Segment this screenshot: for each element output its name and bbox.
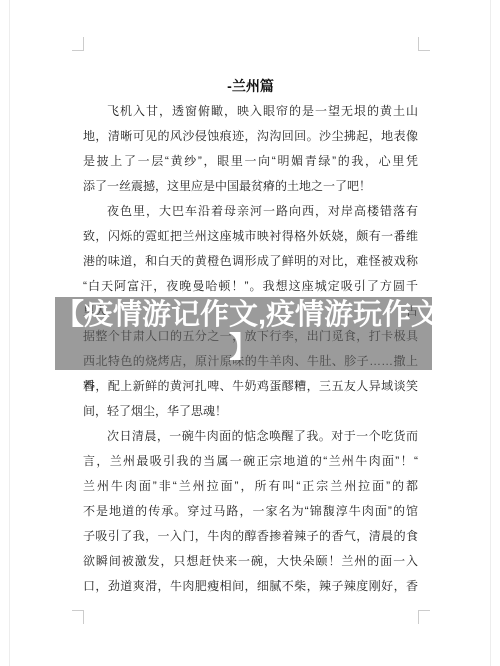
text-line: 间，轻了烟尘，华了思魂！ — [83, 399, 418, 424]
margin-mark-bottom-right — [418, 610, 430, 624]
caption-banner-text-line1: 【疫情游记作文,疫情游玩作文 — [55, 299, 432, 332]
text-line: “白天阿富汗，夜晚曼哈顿！”。我想这座城定吸引了方圆千 — [83, 274, 418, 299]
text-line: 料，配上新鲜的黄河扎啤、牛奶鸡蛋醪糟，三五友人异域谈笑 — [83, 374, 418, 399]
caption-banner-overlay: 【疫情游记作文,疫情游玩作文 】 — [55, 297, 432, 370]
text-line: 口，劲道爽滑，牛肉肥瘦相间，细腻不柴，辣子辣度刚好，香 — [83, 574, 418, 599]
text-line: 次日清晨，一碗牛肉面的惦念唤醒了我。对于一个吃货而 — [83, 424, 418, 449]
text-line: 添了一丝震撼，这里应是中国最贫瘠的土地之一了吧！ — [83, 174, 418, 199]
page-edge-left — [9, 0, 10, 666]
text-line: 欲瞬间被激发，只想赶快来一碗，大快朵颐！兰州的面一入 — [83, 549, 418, 574]
text-line: 是披上了一层“黄纱”，眼里一向“明媚青绿”的我，心里凭 — [83, 149, 418, 174]
margin-mark-top-left — [72, 37, 84, 51]
text-line: 夜色里，大巴车沿着母亲河一路向西，对岸高楼错落有 — [83, 199, 418, 224]
caption-banner-text-line2: 】 — [55, 332, 432, 365]
text-line: 不是地道的传承。穿过马路，一家名为“锦馥淳牛肉面”的馆 — [83, 499, 418, 524]
text-line: 地，清晰可见的风沙侵蚀痕迹，沟沟回回。沙尘拂起，地表像 — [83, 124, 418, 149]
text-line: 飞机入甘，透窗俯瞰，映入眼帘的是一望无垠的黄土山 — [83, 99, 418, 124]
section-title: -兰州篇 — [83, 74, 418, 99]
text-line: 港的味道，和白天的黄橙色调形成了鲜明的对比，难怪被戏称 — [83, 249, 418, 274]
text-line: 致，闪烁的霓虹把兰州这座城市映衬得格外妖娆，颇有一番维 — [83, 224, 418, 249]
margin-mark-bottom-left — [72, 610, 84, 624]
text-line: 子吸引了我，一入门，牛肉的醇香掺着辣子的香气，清晨的食 — [83, 524, 418, 549]
margin-mark-top-right — [418, 37, 430, 51]
text-line: 兰州牛肉面”非“兰州拉面”，所有叫“正宗兰州拉面”的都 — [83, 474, 418, 499]
text-line: 言，兰州最吸引我的当属一碗正宗地道的“兰州牛肉面”！“ — [83, 449, 418, 474]
page-edge-right — [490, 0, 491, 666]
document-page: -兰州篇 飞机入甘，透窗俯瞰，映入眼帘的是一望无垠的黄土山地，清晰可见的风沙侵蚀… — [0, 0, 500, 666]
